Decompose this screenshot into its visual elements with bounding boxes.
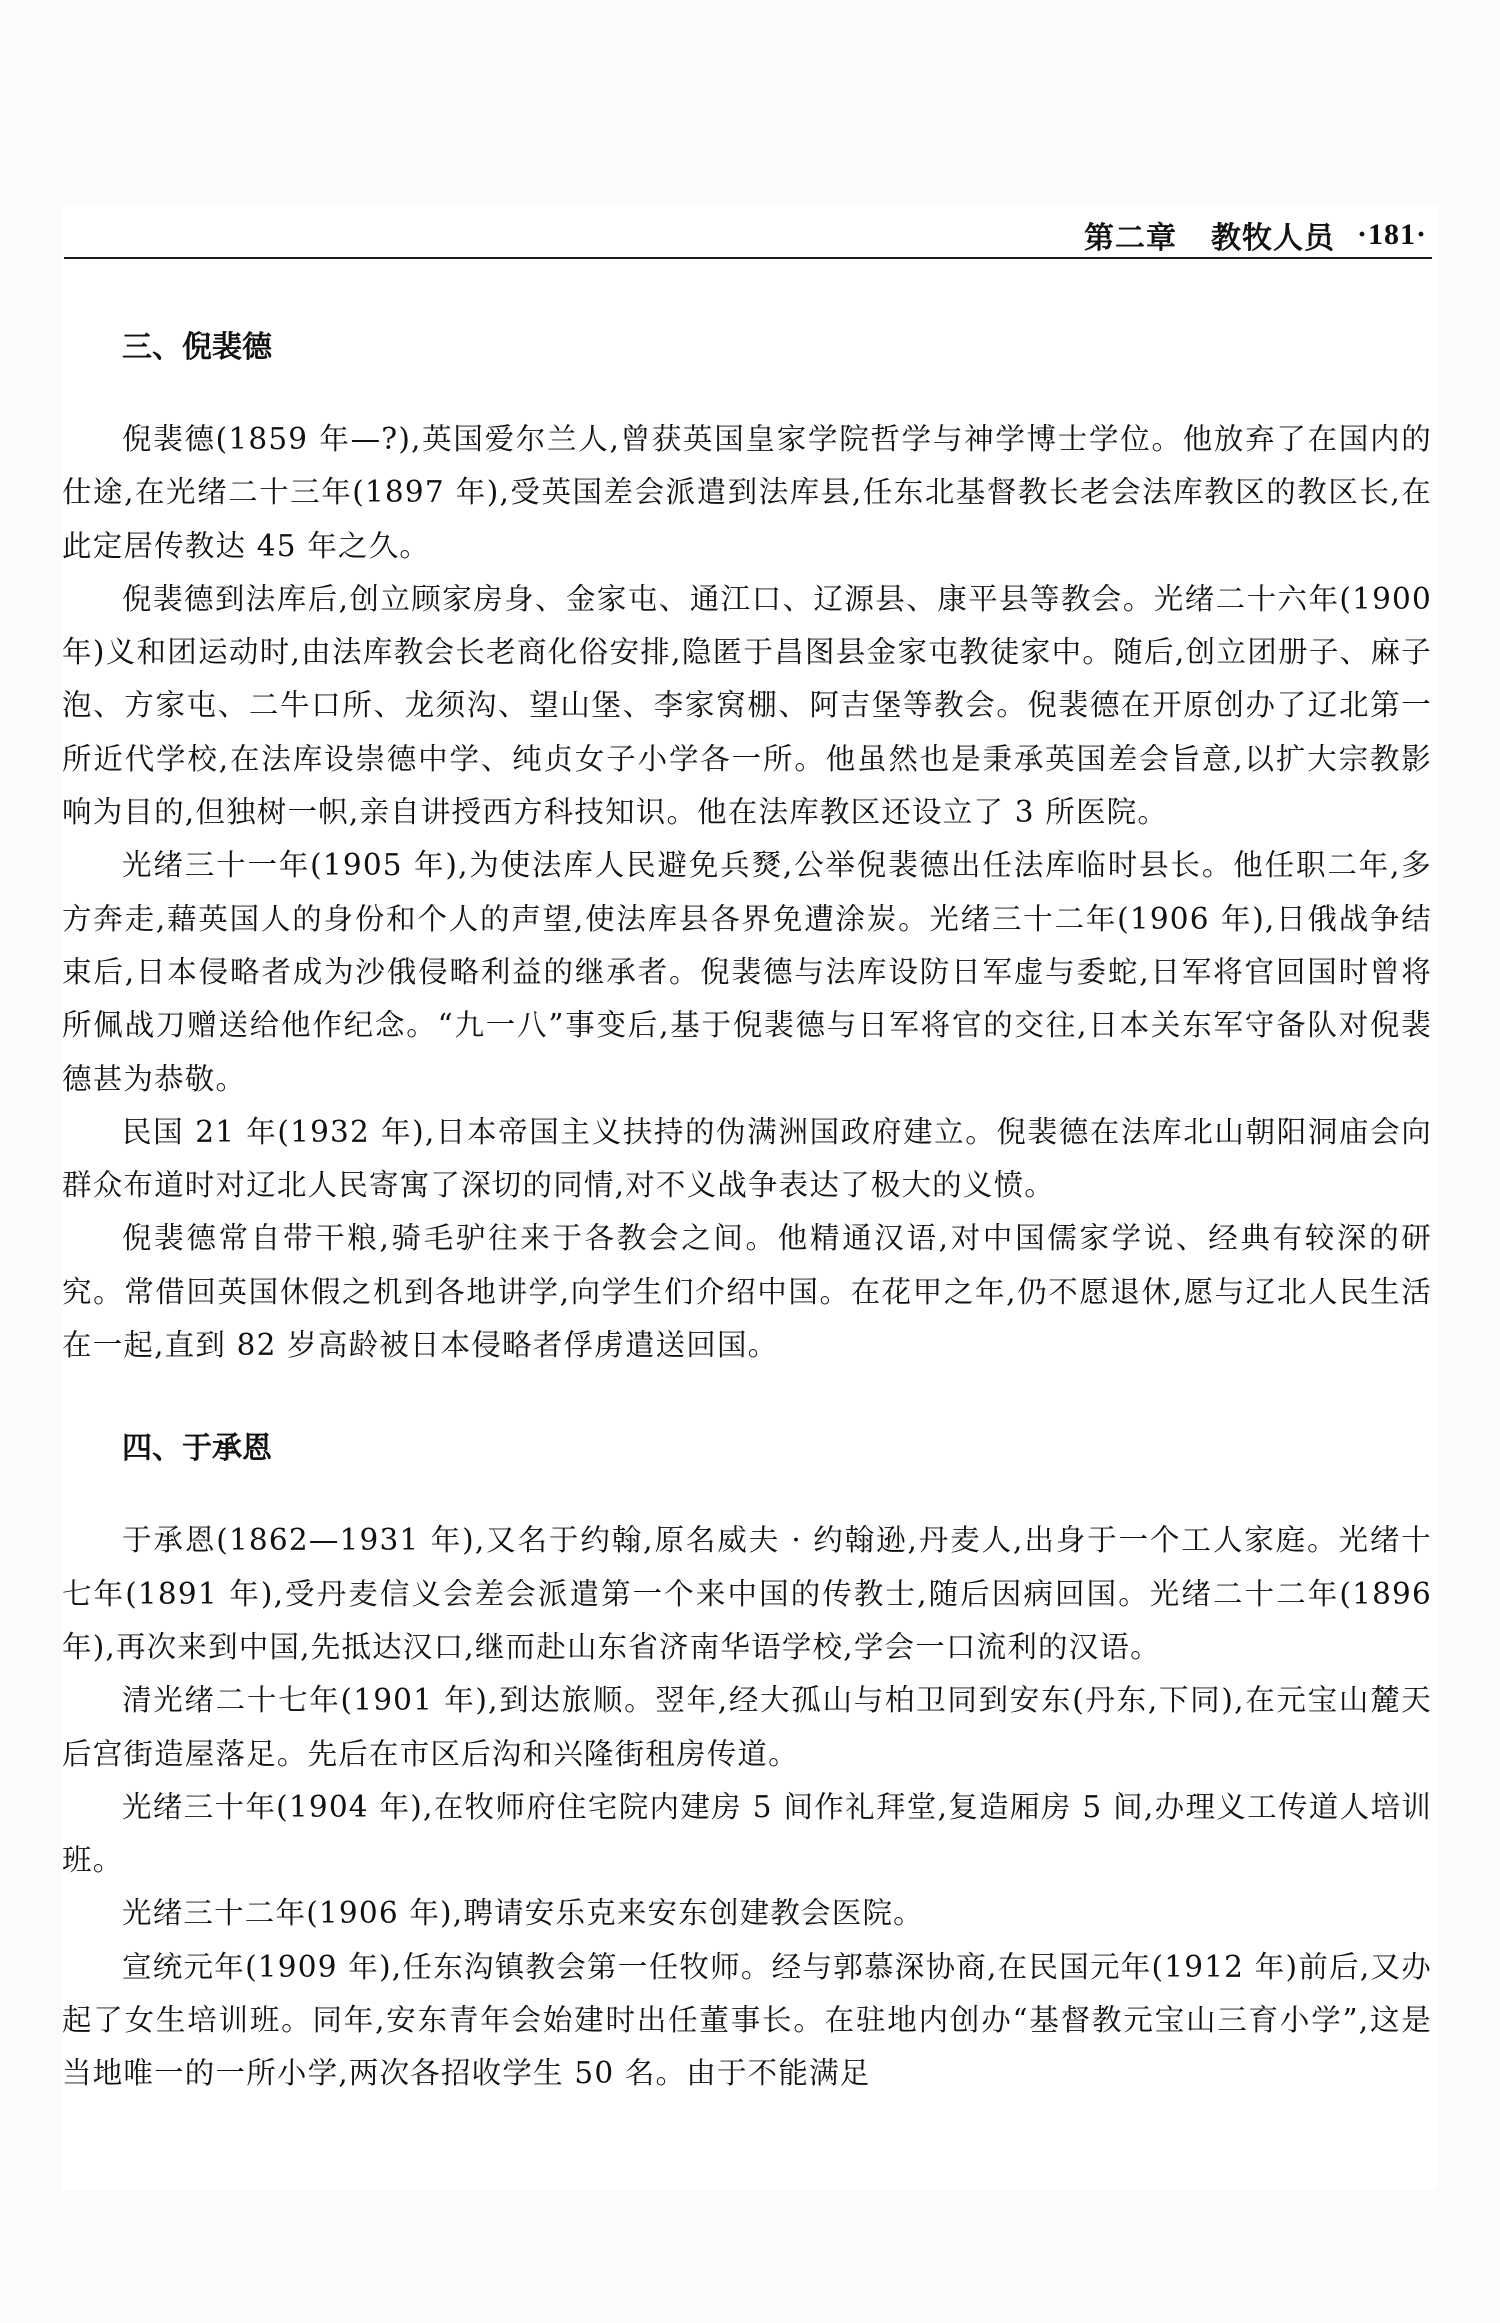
section-heading: 四、于承恩	[62, 1424, 1432, 1474]
paragraph: 倪裴德到法库后,创立顾家房身、金家屯、通江口、辽源县、康平县等教会。光绪二十六年…	[62, 573, 1432, 839]
section-heading: 三、倪裴德	[62, 323, 1432, 373]
paragraph: 清光绪二十七年(1901 年),到达旅顺。翌年,经大孤山与柏卫同到安东(丹东,下…	[62, 1674, 1432, 1781]
section-yu-chengen: 四、于承恩 于承恩(1862—1931 年),又名于约翰,原名威夫 · 约翰逊,…	[62, 1372, 1432, 2100]
page-number: ·181·	[1357, 218, 1427, 252]
paragraph: 于承恩(1862—1931 年),又名于约翰,原名威夫 · 约翰逊,丹麦人,出身…	[62, 1514, 1432, 1674]
chapter-label: 第二章	[1084, 213, 1177, 257]
paragraph: 光绪三十二年(1906 年),聘请安乐克来安东创建教会医院。	[62, 1887, 1432, 1940]
paragraph: 民国 21 年(1932 年),日本帝国主义扶持的伪满洲国政府建立。倪裴德在法库…	[62, 1106, 1432, 1213]
page-body: 三、倪裴德 倪裴德(1859 年—?),英国爱尔兰人,曾获英国皇家学院哲学与神学…	[62, 323, 1432, 2101]
paragraph: 倪裴德(1859 年—?),英国爱尔兰人,曾获英国皇家学院哲学与神学博士学位。他…	[62, 413, 1432, 573]
chapter-title: 教牧人员	[1211, 213, 1335, 257]
book-page: 第二章 教牧人员 ·181· 三、倪裴德 倪裴德(1859 年—?),英国爱尔兰…	[62, 205, 1437, 2190]
section-ni-peide: 三、倪裴德 倪裴德(1859 年—?),英国爱尔兰人,曾获英国皇家学院哲学与神学…	[62, 323, 1432, 1372]
paragraph: 宣统元年(1909 年),任东沟镇教会第一任牧师。经与郭慕深协商,在民国元年(1…	[62, 1941, 1432, 2101]
header-rule	[64, 257, 1432, 259]
paragraph: 倪裴德常自带干粮,骑毛驴往来于各教会之间。他精通汉语,对中国儒家学说、经典有较深…	[62, 1212, 1432, 1372]
running-header: 第二章 教牧人员 ·181·	[1084, 210, 1427, 260]
paragraph: 光绪三十年(1904 年),在牧师府住宅院内建房 5 间作礼拜堂,复造厢房 5 …	[62, 1781, 1432, 1888]
paragraph: 光绪三十一年(1905 年),为使法库人民避免兵燹,公举倪裴德出任法库临时县长。…	[62, 839, 1432, 1105]
